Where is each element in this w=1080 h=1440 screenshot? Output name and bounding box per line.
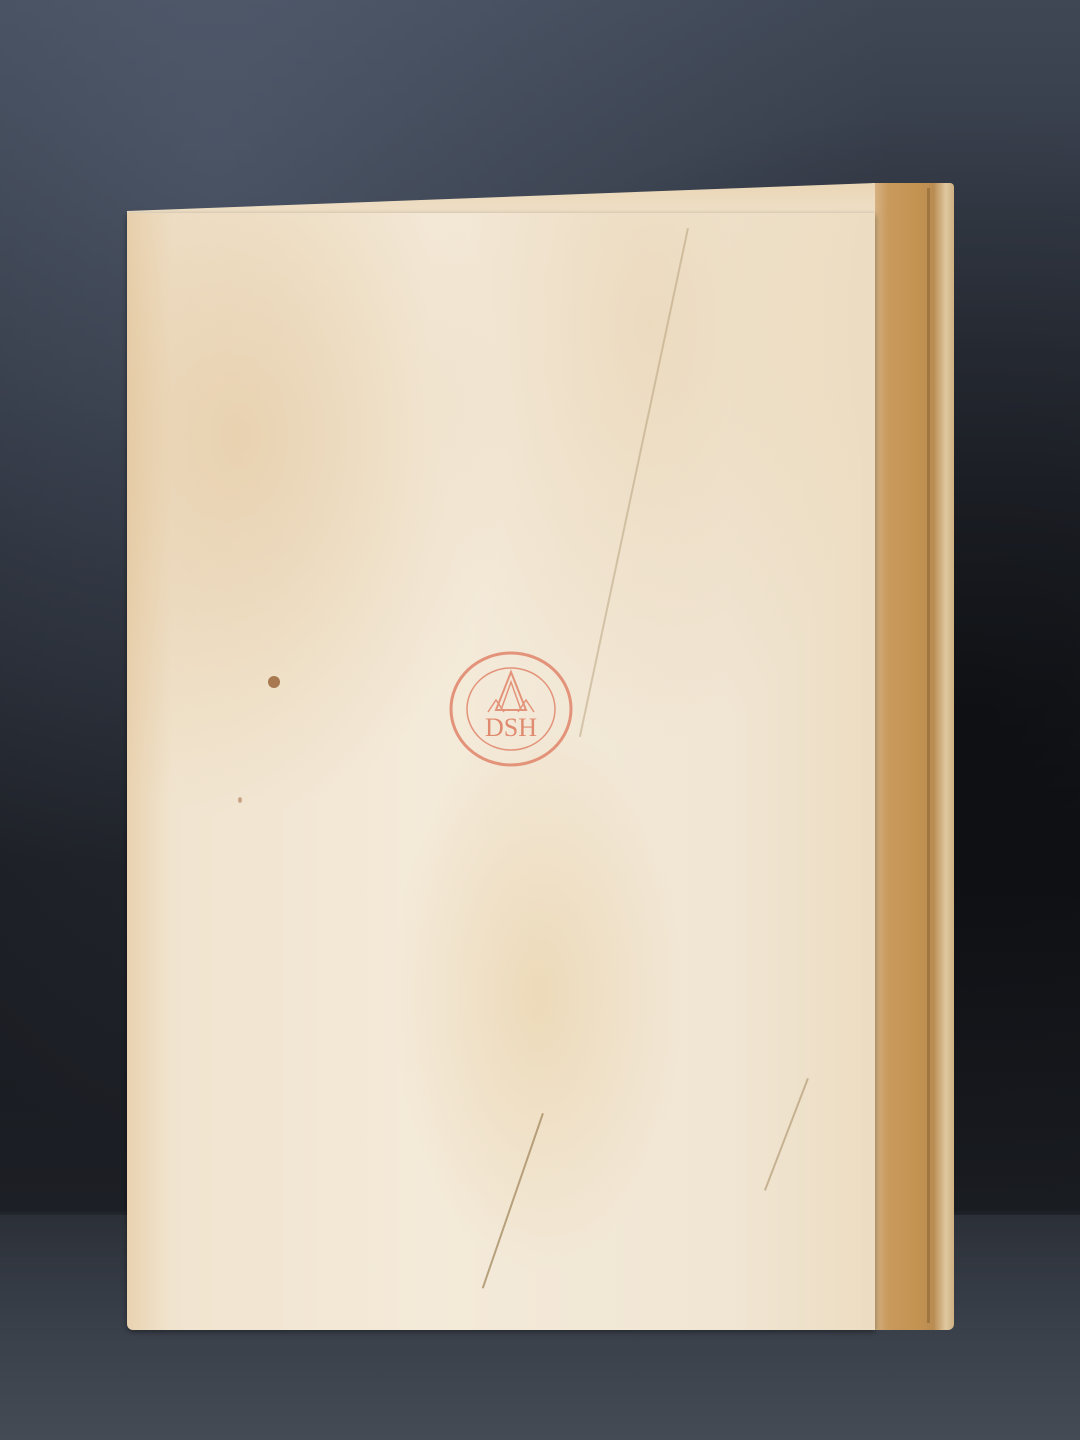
logo-monogram: DSH bbox=[485, 713, 537, 742]
book-back-cover bbox=[127, 213, 875, 1330]
dsh-emblem-icon: DSH bbox=[448, 650, 574, 768]
stain-speck bbox=[238, 797, 242, 803]
publisher-logo: DSH bbox=[448, 650, 574, 768]
stain-spot bbox=[268, 676, 280, 688]
book-spine bbox=[872, 183, 954, 1330]
spine-groove bbox=[927, 188, 930, 1323]
